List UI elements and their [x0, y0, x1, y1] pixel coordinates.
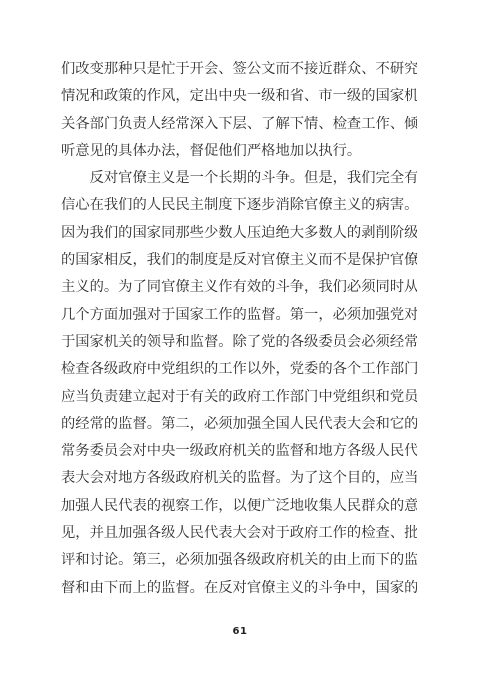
text-line: 听意见的具体办法，督促他们严格地加以执行。: [61, 138, 417, 165]
text-line: 的经常的监督。第二，必须加强全国人民代表大会和它的: [61, 411, 417, 438]
text-line: 加强人民代表的视察工作，以便广泛地收集人民群众的意: [61, 493, 417, 520]
paragraph-continuation: 们改变那种只是忙于开会、签公文而不接近群众、不研究情况和政策的作风，定出中央一级…: [61, 56, 417, 165]
page-number: 61: [0, 626, 480, 637]
document-page: 们改变那种只是忙于开会、签公文而不接近群众、不研究情况和政策的作风，定出中央一级…: [0, 0, 480, 678]
text-line: 们改变那种只是忙于开会、签公文而不接近群众、不研究: [61, 56, 417, 83]
text-line: 于国家机关的领导和监督。除了党的各级委员会必须经常: [61, 329, 417, 356]
text-line: 常务委员会对中央一级政府机关的监督和地方各级人民代: [61, 438, 417, 465]
text-line: 主义的。为了同官僚主义作有效的斗争，我们必须同时从: [61, 274, 417, 301]
text-line: 关各部门负责人经常深入下层、了解下情、检查工作、倾: [61, 111, 417, 138]
paragraph-anti-bureaucracy: 反对官僚主义是一个长期的斗争。但是，我们完全有信心在我们的人民民主制度下逐步消除…: [61, 165, 417, 602]
text-line: 应当负责建立起对于有关的政府工作部门中党组织和党员: [61, 384, 417, 411]
text-line: 信心在我们的人民民主制度下逐步消除官僚主义的病害。: [61, 192, 417, 219]
text-line: 表大会对地方各级政府机关的监督。为了这个目的，应当: [61, 465, 417, 492]
text-line: 情况和政策的作风，定出中央一级和省、市一级的国家机: [61, 83, 417, 110]
text-line: 检查各级政府中党组织的工作以外，党委的各个工作部门: [61, 356, 417, 383]
text-line: 几个方面加强对于国家工作的监督。第一，必须加强党对: [61, 302, 417, 329]
text-line: 的国家相反，我们的制度是反对官僚主义而不是保护官僚: [61, 247, 417, 274]
text-line: 因为我们的国家同那些少数人压迫绝大多数人的剥削阶级: [61, 220, 417, 247]
page-body-text: 们改变那种只是忙于开会、签公文而不接近群众、不研究情况和政策的作风，定出中央一级…: [61, 56, 417, 602]
text-line: 评和讨论。第三，必须加强各级政府机关的由上而下的监: [61, 547, 417, 574]
text-line: 见，并且加强各级人民代表大会对于政府工作的检查、批: [61, 520, 417, 547]
text-line: 反对官僚主义是一个长期的斗争。但是，我们完全有: [61, 165, 417, 192]
text-line: 督和由下而上的监督。在反对官僚主义的斗争中，国家的: [61, 575, 417, 602]
